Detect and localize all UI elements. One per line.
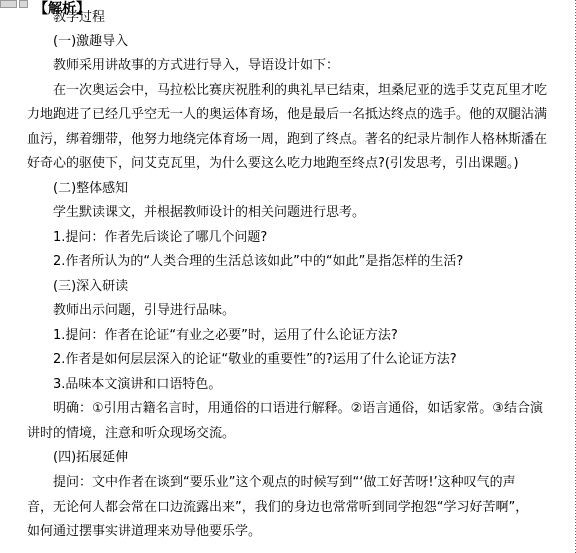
text-line: 2.作者所认为的“人类合理的生活总该如此”中的“如此”是指怎样的生活? bbox=[53, 254, 463, 270]
text-line: 力地跑进了已经几乎空无一人的奥运体育场，他是最后一名抵达终点的选手。他的双腿沾满 bbox=[27, 107, 547, 123]
heading-3: (三)深入研读 bbox=[53, 279, 128, 295]
text-line: 血污，绑着绷带，他努力地绕完体育场一周，跑到了终点。著名的纪录片制作人格林斯潘在 bbox=[27, 132, 547, 148]
text-line: 教师采用讲故事的方式进行导入，导语设计如下： bbox=[53, 58, 339, 74]
text-line: 1.提问：作者在论证“有业之必要”时，运用了什么论证方法? bbox=[53, 328, 398, 344]
text-line: 如何通过摆事实讲道理来劝导他要乐学。 bbox=[27, 524, 261, 540]
text-line: 2.作者是如何层层深入的论证“敬业的重要性”的?运用了什么论证方法? bbox=[53, 352, 457, 368]
text-line: 教师出示问题，引导进行品味。 bbox=[53, 303, 235, 319]
text-line: 教学过程 bbox=[53, 10, 105, 26]
text-line: 提问：文中作者在谈到“要乐业”这个观点的时候写到“‘做工好苦呀!’这种叹气的声 bbox=[53, 475, 516, 491]
heading-2: (二)整体感知 bbox=[53, 181, 128, 197]
heading-1: (一)激趣导入 bbox=[53, 34, 128, 50]
text-line: 学生默读课文，并根据教师设计的相关问题进行思考。 bbox=[53, 205, 365, 221]
text-line: 明确：①引用古籍名言时，用通俗的口语进行解释。②语言通俗，如话家常。③结合演 bbox=[53, 401, 543, 417]
text-line: 讲时的情境，注意和听众现场交流。 bbox=[27, 426, 235, 442]
text-line: 1.提问：作者先后谈论了哪几个问题? bbox=[53, 230, 267, 246]
text-line: 在一次奥运会中，马拉松比赛庆祝胜利的典礼早已结束，坦桑尼亚的选手艾克瓦里才吃 bbox=[53, 83, 547, 99]
heading-4: (四)拓展延伸 bbox=[53, 450, 128, 466]
text-line: 好奇心的驱使下，问艾克瓦里，为什么要这么吃力地跑至终点?(引发思考，引出课题。) bbox=[27, 156, 519, 172]
text-line: 音，无论何人都会常在口边流露出来”，我们的身边也常常听到同学抱怨“学习好苦啊”， bbox=[27, 500, 528, 516]
text-line: 3.品味本文演讲和口语特色。 bbox=[53, 377, 221, 393]
document-body: 【解析】 教学过程 (一)激趣导入 教师采用讲故事的方式进行导入，导语设计如下：… bbox=[0, 0, 576, 553]
